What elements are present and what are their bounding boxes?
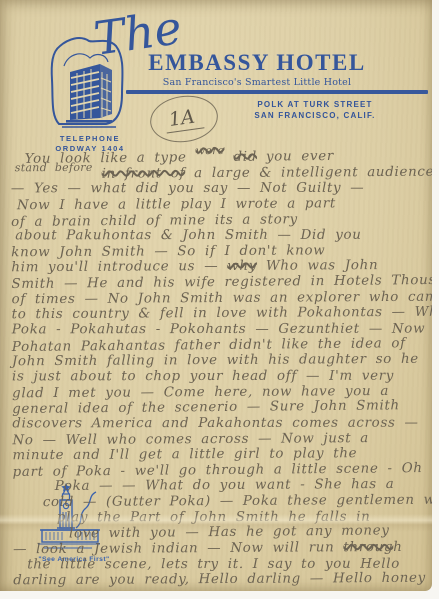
- letter-line: to this country & fell in love with Poka…: [12, 305, 432, 323]
- letter-line-segment: know John Smith — So if I don't know: [11, 243, 325, 260]
- pencil-page-mark: 1A: [147, 91, 221, 146]
- letter-body: You look like a type were did you everst…: [11, 149, 432, 589]
- letter-line-segment: Poka - Pokahutas - Pokohants — Gezunthie…: [12, 322, 425, 338]
- letter-line-segment: you ever: [257, 149, 334, 165]
- letter-line-segment: about Pakuhontas & John Smith — Did you: [15, 228, 361, 244]
- hotel-address: POLK AT TURK STREET SAN FRANCISCO, CALIF…: [242, 100, 388, 121]
- letter-line-segment: stand before: [15, 160, 93, 173]
- letter-line-segment: to this country & fell in love with Poka…: [12, 305, 432, 323]
- letter-line-segment: No — Well who comes across — Now just a: [12, 431, 369, 448]
- address-line-1: POLK AT TURK STREET: [242, 100, 388, 111]
- letter-line-segment: of a brain child of mine its a story: [11, 212, 298, 230]
- letter-line-segment: Now I have a little play I wrote a part: [17, 196, 336, 213]
- hotel-name: EMBASSY HOTEL: [148, 50, 366, 76]
- letter-line-segment: love with you — Has he got any money: [69, 524, 390, 542]
- letter-line-segment: — Yes — what did you say — Not Guilty —: [11, 181, 364, 197]
- letter-line-segment: general idea of the scenerio — Sure John…: [12, 399, 400, 418]
- letter-line: — Yes — what did you say — Not Guilty —: [11, 181, 431, 197]
- hotel-tagline: San Francisco's Smartest Little Hotel: [148, 77, 366, 88]
- letter-line-segment: Who was John: [257, 259, 378, 275]
- letter-line-segment: him you'll introduce us —: [11, 259, 227, 275]
- letter-line-segment: throug: [343, 540, 393, 555]
- letter-line: darling are you ready, Hello darling — H…: [13, 571, 432, 589]
- letter-line-segment: minute and I'll get a little girl to pla…: [12, 446, 357, 463]
- letter-line-segment: — look a Jewish indian — Now will run: [13, 540, 343, 557]
- letter-line-segment: darling are you ready, Hello darling — H…: [13, 571, 426, 589]
- letter-line-segment: play the Part of John Smith he falls in: [57, 509, 371, 525]
- letter-line-segment: cold — (Gutter Poka) — Poka these gentle…: [43, 493, 432, 510]
- letter-line: the little scene, lets try it. I say to …: [13, 556, 432, 572]
- letter-line-segment: Poka — — What do you want - She has a: [55, 477, 395, 494]
- letter-line: discovers America and Pakahontas comes a…: [12, 416, 432, 432]
- letterhead-brand: EMBASSY HOTEL San Francisco's Smartest L…: [148, 50, 366, 88]
- letter-line: about Pakuhontas & John Smith — Did you: [11, 228, 431, 244]
- letter-line: cold — (Gutter Poka) — Poka these gentle…: [13, 493, 432, 511]
- letter-line-segment: a large & intelligent audience: [185, 164, 432, 181]
- letter-line-segment: [224, 150, 233, 165]
- letter-line-segment: the little scene, lets try it. I say to …: [27, 556, 400, 572]
- letterhead-divider: [126, 90, 428, 94]
- letter-line-segment: discovers America and Pakahontas comes a…: [12, 416, 418, 432]
- letter-line-segment: in front of: [102, 166, 186, 182]
- letter-line: — look a Jewish indian — Now will run th…: [13, 540, 432, 558]
- letter-line-segment: were: [195, 144, 224, 157]
- letter-sheet: TELEPHONE ORDWAY 1404 The EMBASSY HOTEL …: [0, 0, 432, 591]
- letter-line-segment: Pohatan Pakahantas father didn't like th…: [12, 336, 406, 355]
- letter-line: is just about to chop your head off — I'…: [12, 369, 432, 385]
- address-line-2: SAN FRANCISCO, CALIF.: [242, 111, 388, 122]
- letter-line-segment: [93, 166, 102, 181]
- telephone-label: TELEPHONE: [44, 134, 136, 144]
- letter-line-segment: why: [227, 259, 257, 274]
- letter-line-segment: h: [393, 540, 402, 555]
- page-mark-text: 1A: [164, 104, 205, 133]
- letter-line-segment: is just about to chop your head off — I'…: [12, 369, 394, 385]
- letter-line-segment: did: [233, 150, 257, 165]
- letter-line-segment: Smith — He and his wife registered in Ho…: [11, 273, 432, 292]
- letter-line-segment: part of Poka - we'll go through a little…: [13, 461, 423, 480]
